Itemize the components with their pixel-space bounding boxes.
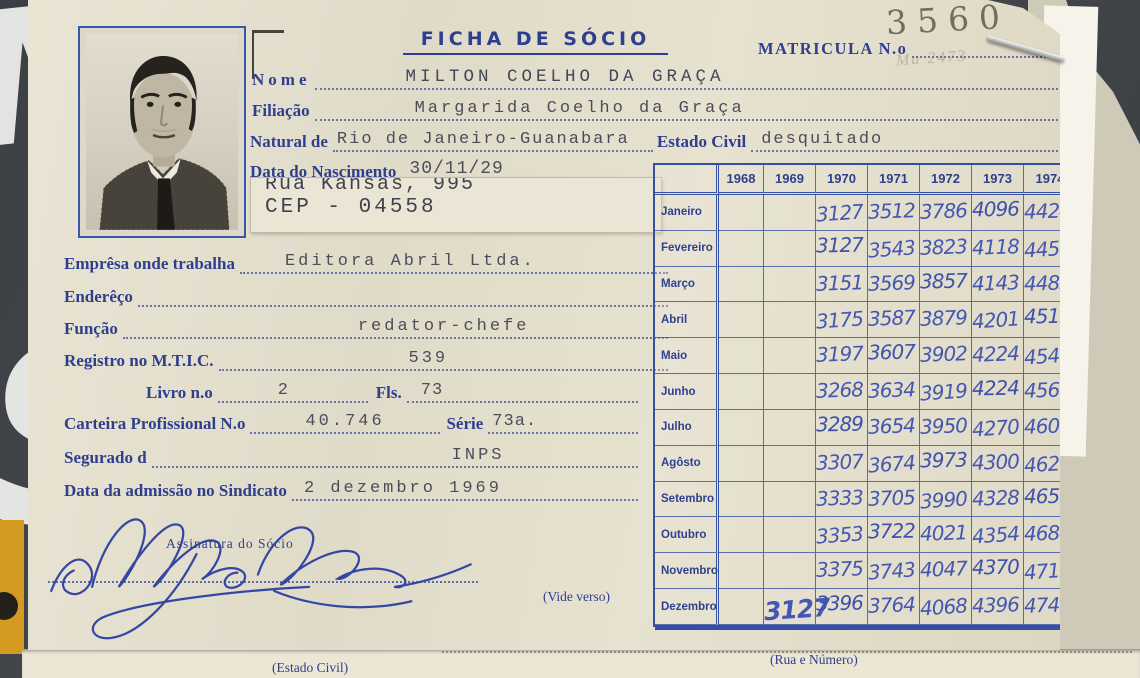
natural-de-line: Rio de Janeiro-Guanabara [333,124,653,152]
payment-cell [719,410,764,446]
registro-line: 539 [219,343,668,371]
endereco-line [138,279,668,307]
payment-cell: 4047 [920,553,972,589]
card-below: (Estado Civil) (Rua e Número) [22,649,1140,678]
nome-line: MILTON COELHO DA GRAÇA [315,62,1058,90]
payment-cell: 3127 [816,231,868,267]
year-header: 1972 [920,165,972,195]
field-endereco: Enderêço [64,281,668,307]
fls-label: Fls. [368,384,407,403]
natural-de-label: Natural de [250,133,333,152]
filiacao-value: Margarida Coelho da Graça [415,99,745,118]
month-label: Dezembro [655,589,719,625]
payment-cell [719,482,764,518]
payment-cell: 4201 [972,302,1024,338]
month-label: Maio [655,338,719,374]
carteira-value: 40.746 [305,412,384,431]
funcao-line: redator-chefe [123,311,668,339]
member-photo [78,26,246,238]
address-sticker: Rua Kansas, 995 CEP - 04558 [250,177,662,233]
payment-cell [719,267,764,303]
livro-label: Livro n.o [146,384,218,403]
payment-cell: 3289 [816,410,868,446]
endereco-label: Enderêço [64,288,138,307]
field-natural-estado: Natural de Rio de Janeiro-Guanabara Esta… [250,126,1066,152]
payment-cell: 3569 [868,267,920,303]
field-empresa: Emprêsa onde trabalha Editora Abril Ltda… [64,248,668,274]
payment-cell: 4370 [972,553,1024,589]
payment-cell: 3823 [920,231,972,267]
payments-table: 1968 1969 1970 1971 1972 1973 1974 Janei… [653,163,1079,627]
payment-cell: 3990 [920,482,972,518]
matricula-label: MATRICULA N.o [758,40,912,58]
payment-cell: 4068 [920,589,972,625]
payment-cell: 3127 [764,589,816,625]
payment-cell: 3764 [868,589,920,625]
month-label: Fevereiro [655,231,719,267]
payment-cell: 4396 [972,589,1024,625]
nome-label: Nome [252,71,315,90]
payment-cell: 4328 [972,482,1024,518]
payment-cell: 4354 [972,517,1024,553]
payment-cell: 3197 [816,338,868,374]
payment-cell: 4224 [972,374,1024,410]
field-livro-fls: Livro n.o 2 Fls. 73 [146,377,638,403]
payment-cell: 3353 [816,517,868,553]
segurado-label: Segurado d [64,449,152,468]
payment-cell: 4096 [972,195,1024,231]
empresa-label: Emprêsa onde trabalha [64,255,240,274]
payment-cell [719,338,764,374]
estado-civil-line: desquitado [751,124,1066,152]
address-line1: Rua Kansas, 995 [265,177,661,196]
payment-cell [764,446,816,482]
payment-cell [719,231,764,267]
year-header: 1971 [868,165,920,195]
vide-verso-note: (Vide verso) [543,589,610,605]
month-label: Agôsto [655,446,719,482]
payment-cell: 4143 [972,267,1024,303]
payment-cell [719,517,764,553]
payment-cell: 3307 [816,446,868,482]
field-filiacao: Filiação Margarida Coelho da Graça [252,95,1058,121]
estado-civil-label: Estado Civil [653,133,751,152]
carteira-label: Carteira Profissional N.o [64,415,250,434]
payment-cell: 3705 [868,482,920,518]
payment-cell: 3268 [816,374,868,410]
payment-cell [764,517,816,553]
payment-cell: 3151 [816,267,868,303]
fls-value: 73 [421,381,443,400]
payment-cell [719,195,764,231]
scanned-document-scene: M S (Estado Civil) (Rua e Número) [0,0,1140,678]
payment-cell [764,553,816,589]
payment-cell [764,410,816,446]
payment-cell: 3919 [920,374,972,410]
member-signature [43,492,483,647]
field-segurado: Segurado d INPS [64,442,638,468]
natural-de-value: Rio de Janeiro-Guanabara [337,130,630,149]
payment-cell: 3902 [920,338,972,374]
field-carteira-serie: Carteira Profissional N.o 40.746 Série 7… [64,408,638,434]
month-label: Setembro [655,482,719,518]
payment-cell: 4224 [972,338,1024,374]
payment-cell [719,446,764,482]
livro-line: 2 [218,375,368,403]
payment-cell: 3127 [816,195,868,231]
estado-civil-value: desquitado [761,130,883,149]
payment-cell: 4118 [972,231,1024,267]
year-header: 1973 [972,165,1024,195]
payment-cell: 3879 [920,302,972,338]
form-title: FICHA DE SÓCIO [403,28,668,55]
empresa-line: Editora Abril Ltda. [240,246,668,274]
payment-cell: 3786 [920,195,972,231]
address-line2: CEP - 04558 [265,196,661,219]
payment-cell: 3175 [816,302,868,338]
table-corner-cell [655,165,719,195]
payment-cell: 3607 [868,338,920,374]
payment-cell [764,374,816,410]
funcao-label: Função [64,320,123,339]
field-nome: Nome MILTON COELHO DA GRAÇA [252,64,1058,90]
member-photo-image [86,34,238,230]
signature-caption: Assinatura do Sócio [166,536,294,552]
month-label: Janeiro [655,195,719,231]
payment-cell [719,302,764,338]
field-funcao: Função redator-chefe [64,313,668,339]
livro-value: 2 [278,381,289,400]
payment-cell [719,553,764,589]
payment-cell [764,302,816,338]
payment-cell: 4300 [972,446,1024,482]
payment-cell: 3674 [868,446,920,482]
empresa-value: Editora Abril Ltda. [285,252,536,271]
estado-civil-caption: (Estado Civil) [272,660,348,676]
payment-cell: 3543 [868,231,920,267]
month-label: Junho [655,374,719,410]
payment-cell: 4270 [972,410,1024,446]
year-header: 1969 [764,165,816,195]
payment-cell: 3634 [868,374,920,410]
payment-cell: 3722 [868,517,920,553]
fls-line: 73 [407,375,638,403]
payment-cell [764,338,816,374]
nascimento-value: 30/11/29 [409,159,503,179]
field-registro: Registro no M.T.I.C. 539 [64,345,668,371]
payment-cell: 3333 [816,482,868,518]
payment-cell: 4021 [920,517,972,553]
segurado-line: INPS [152,440,638,468]
segurado-value: INPS [452,446,505,465]
payment-cell: 3950 [920,410,972,446]
month-label: Abril [655,302,719,338]
payment-cell: 3512 [868,195,920,231]
month-label: Novembro [655,553,719,589]
month-label: Outubro [655,517,719,553]
payment-cell: 3375 [816,553,868,589]
payment-cell [764,195,816,231]
ficha-card: FICHA DE SÓCIO MATRICULA N.o 3560 Ma 247… [28,0,1060,650]
background-yellow-dot [0,592,18,620]
payment-cell [719,374,764,410]
nome-value: MILTON COELHO DA GRAÇA [405,67,724,87]
payment-cell: 3396 [816,589,868,625]
payment-cell: 3587 [868,302,920,338]
funcao-value: redator-chefe [358,317,530,336]
filiacao-label: Filiação [252,102,315,121]
registro-value: 539 [409,349,449,368]
payment-cell: 3857 [920,267,972,303]
payment-cell: 3973 [920,446,972,482]
serie-label: Série [440,415,488,434]
payment-cell [764,231,816,267]
month-label: Julho [655,410,719,446]
month-label: Março [655,267,719,303]
background-yellow-strip [0,520,24,654]
payment-cell [719,589,764,625]
serie-value: 73a. [492,412,537,431]
year-header: 1968 [719,165,764,195]
registro-label: Registro no M.T.I.C. [64,352,219,371]
payment-cell [764,267,816,303]
filiacao-line: Margarida Coelho da Graça [315,93,1058,121]
serie-line: 73a. [488,406,638,434]
year-header: 1970 [816,165,868,195]
rua-numero-caption: (Rua e Número) [770,652,858,668]
payment-cell: 3743 [868,553,920,589]
payment-cell: 3654 [868,410,920,446]
carteira-line: 40.746 [250,406,440,434]
payment-cell [764,482,816,518]
